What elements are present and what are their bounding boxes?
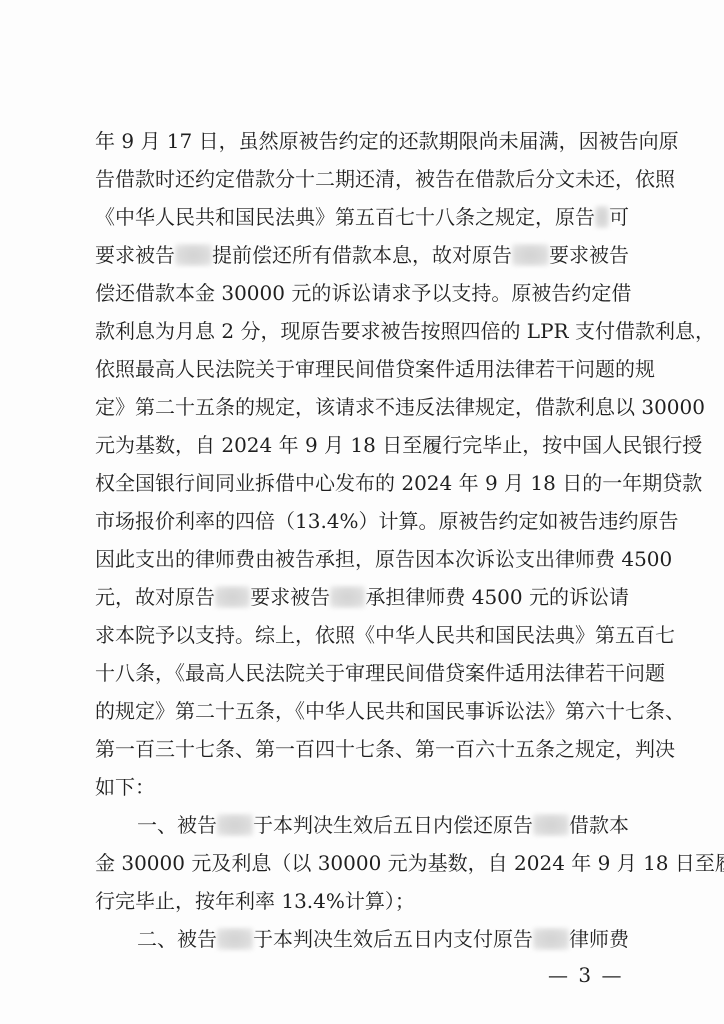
- text: 告借款时还约定借款分十二期还清，被告在借款后分文未还，依照: [95, 164, 675, 194]
- redacted-name: [217, 928, 253, 950]
- text-line-6: 款利息为月息 2 分，现原告要求被告按照四倍的 LPR 支付借款利息，: [95, 316, 629, 346]
- text-line-21: 行完毕止，按年利率 13.4%计算）；: [95, 886, 629, 916]
- text: 依照最高人民法院关于审理民间借贷案件适用法律若干问题的规: [95, 354, 655, 384]
- text: 市场报价利率的四倍（13.4%）计算。原被告约定如被告违约原告: [95, 506, 679, 536]
- text-line-5: 偿还借款本金 30000 元的诉讼请求予以支持。原被告约定借: [95, 278, 629, 308]
- text: 十八条，《最高人民法院关于审理民间借贷案件适用法律若干问题: [95, 658, 665, 688]
- text: 于本判决生效后五日内偿还原告: [253, 810, 533, 840]
- text: 行完毕止，按年利率 13.4%计算）；: [95, 886, 415, 916]
- redacted-name: [533, 814, 569, 836]
- text-line-10: 权全国银行间同业拆借中心发布的 2024 年 9 月 18 日的一年期贷款: [95, 468, 629, 498]
- text: 求本院予以支持。综上，依照《中华人民共和国民法典》第五百七: [95, 620, 675, 650]
- text-line-20: 金 30000 元及利息（以 30000 元为基数，自 2024 年 9 月 1…: [95, 848, 629, 878]
- text-line-14: 求本院予以支持。综上，依照《中华人民共和国民法典》第五百七: [95, 620, 629, 650]
- text: 因此支出的律师费由被告承担，原告因本次诉讼支出律师费 4500: [95, 544, 672, 574]
- text: 二、被告: [137, 924, 217, 954]
- text: 要求被告: [95, 240, 175, 270]
- redacted-name: [175, 244, 212, 266]
- text: 借款本: [569, 810, 629, 840]
- judgment-item-2: 二、被告 于本判决生效后五日内支付原告 律师费: [137, 924, 629, 954]
- redacted-name: [512, 244, 549, 266]
- text-line-8: 定》第二十五条的规定，该请求不违反法律规定，借款利息以 30000: [95, 392, 629, 422]
- text: 定》第二十五条的规定，该请求不违反法律规定，借款利息以 30000: [95, 392, 705, 422]
- text: 要求被告: [549, 240, 629, 270]
- page-number: — 3 —: [548, 962, 623, 988]
- text: 第一百三十七条、第一百四十七条、第一百六十五条之规定，判决: [95, 734, 675, 764]
- text: 如下：: [95, 772, 155, 802]
- redacted-name: [533, 928, 569, 950]
- redacted-name: [217, 814, 253, 836]
- text-line-13: 元，故对原告 要求被告 承担律师费 4500 元的诉讼请: [95, 582, 629, 612]
- text-line-15: 十八条，《最高人民法院关于审理民间借贷案件适用法律若干问题: [95, 658, 629, 688]
- judgment-item-1: 一、被告 于本判决生效后五日内偿还原告 借款本: [137, 810, 629, 840]
- text: 一、被告: [137, 810, 217, 840]
- text-line-18: 如下：: [95, 772, 629, 802]
- text: 元，故对原告: [95, 582, 215, 612]
- redacted-name: [215, 586, 250, 608]
- text-line-2: 告借款时还约定借款分十二期还清，被告在借款后分文未还，依照: [95, 164, 629, 194]
- text: 可: [609, 202, 629, 232]
- text: 金 30000 元及利息（以 30000 元为基数，自 2024 年 9 月 1…: [95, 848, 724, 878]
- text: 的规定》第二十五条，《中华人民共和国民事诉讼法》第六十七条、: [95, 696, 685, 726]
- text-line-17: 第一百三十七条、第一百四十七条、第一百六十五条之规定，判决: [95, 734, 629, 764]
- text: 要求被告: [250, 582, 330, 612]
- text-line-9: 元为基数，自 2024 年 9 月 18 日至履行完毕止，按中国人民银行授: [95, 430, 629, 460]
- text-line-7: 依照最高人民法院关于审理民间借贷案件适用法律若干问题的规: [95, 354, 629, 384]
- text-line-1: 年 9 月 17 日，虽然原被告约定的还款期限尚未届满，因被告向原: [95, 126, 629, 156]
- redacted-name: [595, 206, 609, 228]
- text-line-16: 的规定》第二十五条，《中华人民共和国民事诉讼法》第六十七条、: [95, 696, 629, 726]
- text: 年 9 月 17 日，虽然原被告约定的还款期限尚未届满，因被告向原: [95, 126, 679, 156]
- text: 款利息为月息 2 分，现原告要求被告按照四倍的 LPR 支付借款利息，: [95, 316, 715, 346]
- text-line-11: 市场报价利率的四倍（13.4%）计算。原被告约定如被告违约原告: [95, 506, 629, 536]
- text-line-3: 《中华人民共和国民法典》第五百七十八条之规定，原告 可: [95, 202, 629, 232]
- text: 律师费: [569, 924, 629, 954]
- text: 偿还借款本金 30000 元的诉讼请求予以支持。原被告约定借: [95, 278, 631, 308]
- text: 权全国银行间同业拆借中心发布的 2024 年 9 月 18 日的一年期贷款: [95, 468, 702, 498]
- redacted-name: [330, 586, 365, 608]
- text: 提前偿还所有借款本息，故对原告: [212, 240, 512, 270]
- text-line-12: 因此支出的律师费由被告承担，原告因本次诉讼支出律师费 4500: [95, 544, 629, 574]
- text: 于本判决生效后五日内支付原告: [253, 924, 533, 954]
- text-line-4: 要求被告 提前偿还所有借款本息，故对原告 要求被告: [95, 240, 629, 270]
- document-page: 年 9 月 17 日，虽然原被告约定的还款期限尚未届满，因被告向原 告借款时还约…: [0, 0, 724, 1024]
- text: 承担律师费 4500 元的诉讼请: [365, 582, 629, 612]
- text: 元为基数，自 2024 年 9 月 18 日至履行完毕止，按中国人民银行授: [95, 430, 702, 460]
- text: 《中华人民共和国民法典》第五百七十八条之规定，原告: [95, 202, 595, 232]
